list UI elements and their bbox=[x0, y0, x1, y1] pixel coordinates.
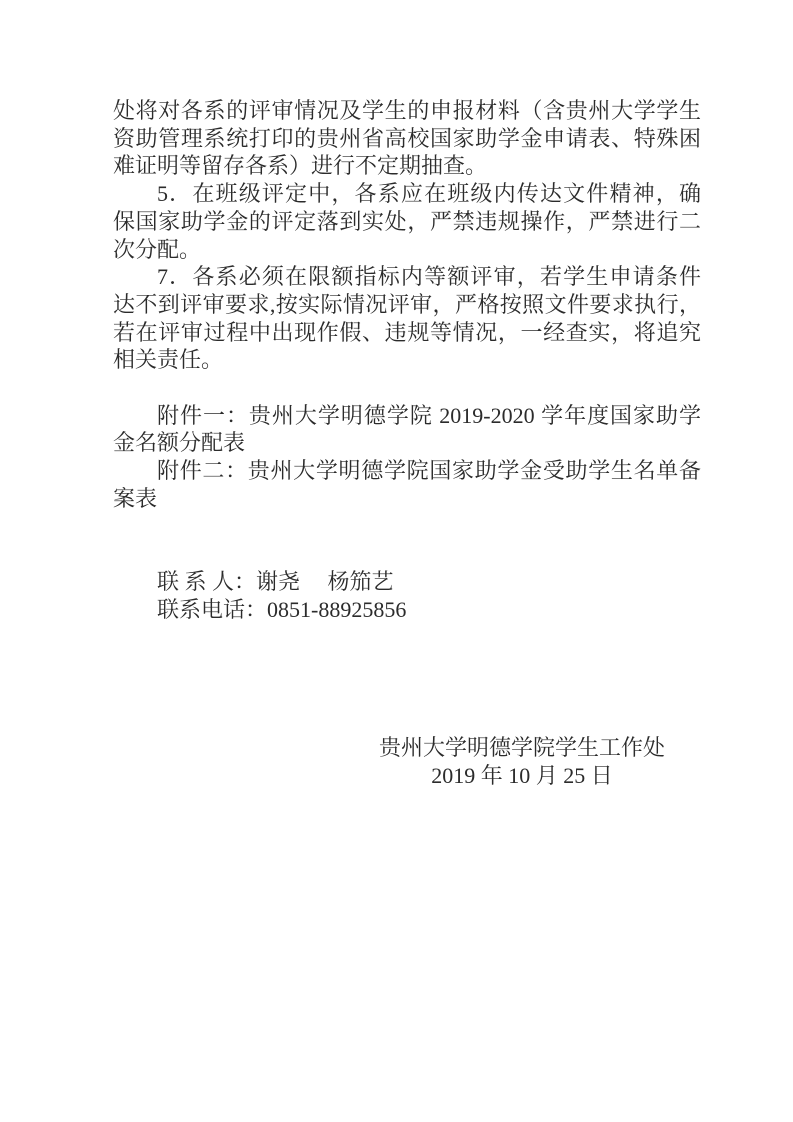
attachment-2-line: 案表 bbox=[113, 485, 701, 513]
body-line: 资助管理系统打印的贵州省高校国家助学金申请表、特殊困 bbox=[113, 125, 701, 153]
body-line: 若在评审过程中出现作假、违规等情况，一经查实，将追究 bbox=[113, 319, 701, 347]
contact-phone-line: 联系电话：0851-88925856 bbox=[113, 596, 701, 624]
body-line: 处将对各系的评审情况及学生的申报材料（含贵州大学学生 bbox=[113, 97, 701, 125]
body-line-item-5: 5．在班级评定中，各系应在班级内传达文件精神，确 bbox=[113, 180, 701, 208]
body-line: 相关责任。 bbox=[113, 346, 701, 374]
body-line-item-7: 7．各系必须在限额指标内等额评审，若学生申请条件 bbox=[113, 263, 701, 291]
contact-person-line: 联 系 人：谢尧 杨笳艺 bbox=[113, 568, 701, 596]
body-line: 达不到评审要求,按实际情况评审，严格按照文件要求执行， bbox=[113, 291, 701, 319]
body-line: 次分配。 bbox=[113, 236, 701, 264]
document-body: 处将对各系的评审情况及学生的申报材料（含贵州大学学生 资助管理系统打印的贵州省高… bbox=[113, 97, 701, 790]
signature-date: 2019 年 10 月 25 日 bbox=[379, 762, 665, 790]
signature-block: 贵州大学明德学院学生工作处 2019 年 10 月 25 日 bbox=[379, 734, 665, 789]
body-line: 保国家助学金的评定落到实处，严禁违规操作，严禁进行二 bbox=[113, 208, 701, 236]
document-page: 处将对各系的评审情况及学生的申报材料（含贵州大学学生 资助管理系统打印的贵州省高… bbox=[0, 0, 793, 1122]
signature-org: 贵州大学明德学院学生工作处 bbox=[379, 734, 665, 762]
attachment-1-line: 附件一：贵州大学明德学院 2019-2020 学年度国家助学 bbox=[113, 402, 701, 430]
attachment-1-line: 金名额分配表 bbox=[113, 429, 701, 457]
body-line: 难证明等留存各系）进行不定期抽查。 bbox=[113, 152, 701, 180]
attachment-2-line: 附件二：贵州大学明德学院国家助学金受助学生名单备 bbox=[113, 457, 701, 485]
